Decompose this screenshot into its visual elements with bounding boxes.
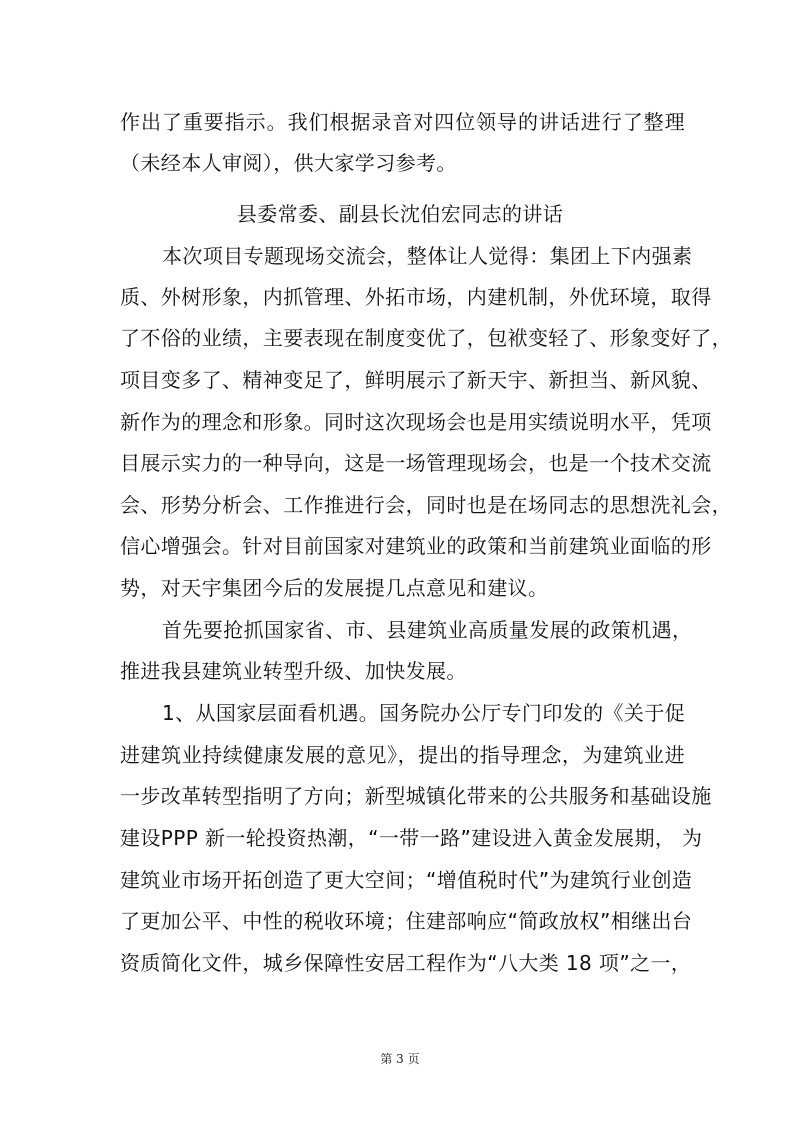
paragraph1-line-5: 新作为的理念和形象。同时这次现场会也是用实绩说明水平，凭项 <box>120 407 685 437</box>
paragraph2-line-1: 首先要抢抓国家省、市、县建筑业高质量发展的政策机遇， <box>162 615 685 645</box>
paragraph1-line-7: 会、形势分析会、工作推进行会，同时也是在场同志的思想洗礼会， <box>120 490 685 520</box>
section-heading: 县委常委、副县长沈伯宏同志的讲话 <box>0 199 800 229</box>
intro-line-1: 作出了重要指示。我们根据录音对四位领导的讲话进行了整理 <box>120 107 685 137</box>
paragraph3-line-6: 了更加公平、中性的税收环境；住建部响应“简政放权”相继出台 <box>120 906 685 936</box>
paragraph3-line-3: 一步改革转型指明了方向；新型城镇化带来的公共服务和基础设施 <box>120 781 685 811</box>
paragraph1-line-3: 了不俗的业绩，主要表现在制度变优了，包袱变轻了、形象变好了， <box>120 323 685 353</box>
paragraph1-line-4: 项目变多了、精神变足了，鲜明展示了新天宇、新担当、新风貌、 <box>120 365 685 395</box>
document-page: 作出了重要指示。我们根据录音对四位领导的讲话进行了整理 （未经本人审阅），供大家… <box>0 0 800 1131</box>
intro-line-2: （未经本人审阅），供大家学习参考。 <box>120 148 685 178</box>
paragraph2-line-2: 推进我县建筑业转型升级、加快发展。 <box>120 656 685 686</box>
paragraph1-line-1: 本次项目专题现场交流会，整体让人觉得：集团上下内强素 <box>162 241 685 271</box>
page-number: 第 3 页 <box>0 1049 800 1069</box>
paragraph1-line-6: 目展示实力的一种导向，这是一场管理现场会，也是一个技术交流 <box>120 448 685 478</box>
paragraph3-line-5: 建筑业市场开拓创造了更大空间；“增值税时代”为建筑行业创造 <box>120 865 685 895</box>
paragraph1-line-9: 势，对天宇集团今后的发展提几点意见和建议。 <box>120 573 685 603</box>
paragraph3-line-2: 进建筑业持续健康发展的意见》，提出的指导理念，为建筑业进 <box>120 740 685 770</box>
paragraph3-line-7: 资质简化文件，城乡保障性安居工程作为“八大类 18 项”之一， <box>120 948 685 978</box>
paragraph1-line-2: 质、外树形象，内抓管理、外拓市场，内建机制，外优环境，取得 <box>120 282 685 312</box>
paragraph1-line-8: 信心增强会。针对目前国家对建筑业的政策和当前建筑业面临的形 <box>120 531 685 561</box>
paragraph3-line-1: 1、从国家层面看机遇。国务院办公厅专门印发的《关于促 <box>162 698 685 728</box>
paragraph3-line-4: 建设PPP 新一轮投资热潮，“一带一路”建设进入黄金发展期， 为 <box>120 823 685 853</box>
